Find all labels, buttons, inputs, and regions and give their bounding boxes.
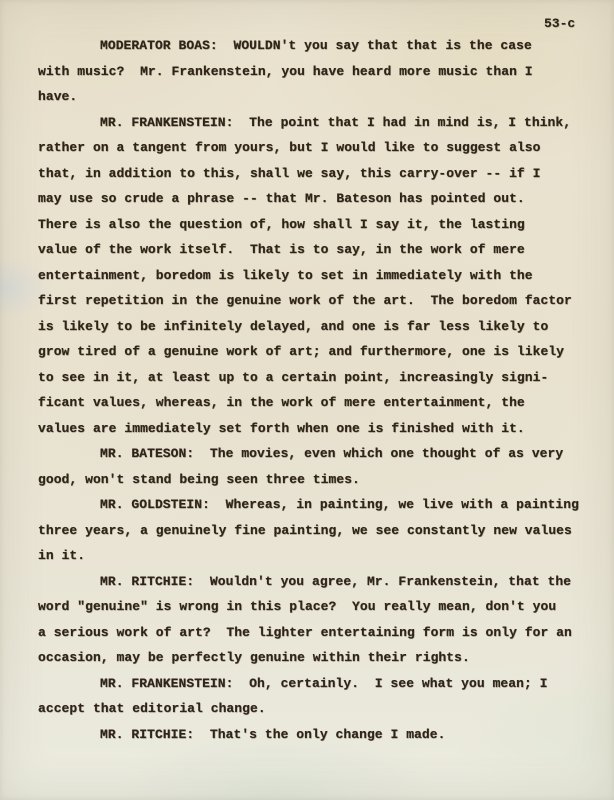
transcript-line: good, won't stand being seen three times… [38,467,578,493]
transcript-line: in it. [38,543,578,569]
transcript-line: that, in addition to this, shall we say,… [38,161,578,187]
page-number: 53-c [544,16,575,31]
transcript-line: three years, a genuinely fine painting, … [38,518,578,544]
transcript-paragraph: MR. FRANKENSTEIN: The point that I had i… [38,110,578,442]
transcript-line: MR. GOLDSTEIN: Whereas, in painting, we … [38,492,578,518]
transcript-line: values are immediately set forth when on… [38,416,578,442]
transcript-paragraph: MR. GOLDSTEIN: Whereas, in painting, we … [38,492,578,569]
transcript-line: ficant values, whereas, in the work of m… [38,390,578,416]
transcript-line: MR. RITCHIE: Wouldn't you agree, Mr. Fra… [38,569,578,595]
transcript: MODERATOR BOAS: WOULDN't you say that th… [38,33,578,747]
transcript-line: may use so crude a phrase -- that Mr. Ba… [38,186,578,212]
transcript-line: a serious work of art? The lighter enter… [38,620,578,646]
transcript-paragraph: MR. RITCHIE: Wouldn't you agree, Mr. Fra… [38,569,578,671]
transcript-line: MR. FRANKENSTEIN: The point that I had i… [38,110,578,136]
transcript-line: MODERATOR BOAS: WOULDN't you say that th… [38,33,578,59]
transcript-line: There is also the question of, how shall… [38,212,578,238]
transcript-paragraph: MR. RITCHIE: That's the only change I ma… [38,722,578,748]
transcript-line: occasion, may be perfectly genuine withi… [38,645,578,671]
transcript-line: rather on a tangent from yours, but I wo… [38,135,578,161]
transcript-line: grow tired of a genuine work of art; and… [38,339,578,365]
transcript-line: entertainment, boredom is likely to set … [38,263,578,289]
transcript-line: MR. BATESON: The movies, even which one … [38,441,578,467]
transcript-line: MR. RITCHIE: That's the only change I ma… [38,722,578,748]
transcript-line: value of the work itself. That is to say… [38,237,578,263]
transcript-line: to see in it, at least up to a certain p… [38,365,578,391]
transcript-paragraph: MR. BATESON: The movies, even which one … [38,441,578,492]
transcript-line: accept that editorial change. [38,696,578,722]
transcript-paragraph: MODERATOR BOAS: WOULDN't you say that th… [38,33,578,110]
transcript-line: have. [38,84,578,110]
transcript-line: with music? Mr. Frankenstein, you have h… [38,59,578,85]
transcript-paragraph: MR. FRANKENSTEIN: Oh, certainly. I see w… [38,671,578,722]
scanned-document-page: 53-c MODERATOR BOAS: WOULDN't you say th… [0,0,614,800]
transcript-line: first repetition in the genuine work of … [38,288,578,314]
transcript-line: MR. FRANKENSTEIN: Oh, certainly. I see w… [38,671,578,697]
transcript-line: word "genuine" is wrong in this place? Y… [38,594,578,620]
transcript-line: is likely to be infinitely delayed, and … [38,314,578,340]
